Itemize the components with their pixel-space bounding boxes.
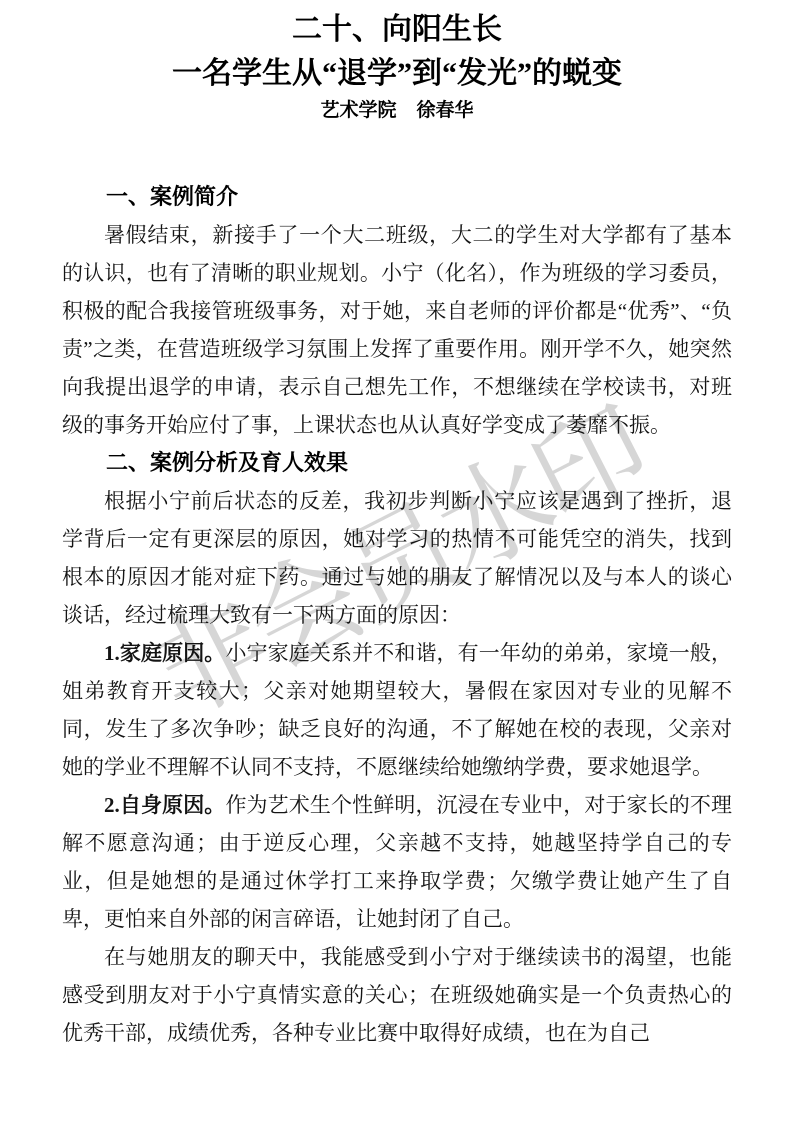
doc-title-line1: 二十、向阳生长	[62, 8, 732, 52]
section-2-closing-paragraph: 在与她朋友的聊天中，我能感受到小宁对于继续读书的渴望，也能感受到朋友对于小宁真情…	[62, 938, 732, 1052]
reason-2-label: 2.自身原因。	[104, 793, 225, 817]
byline-author: 徐春华	[417, 96, 474, 126]
reason-1-label: 1.家庭原因。	[104, 641, 225, 665]
section-analysis: 二、案例分析及育人效果 根据小宁前后状态的反差，我初步判断小宁应该是遇到了挫折，…	[62, 444, 732, 1052]
section-2-heading: 二、案例分析及育人效果	[62, 444, 732, 482]
reason-2-paragraph: 2.自身原因。作为艺术生个性鲜明，沉浸在专业中，对于家长的不理解不愿意沟通；由于…	[62, 786, 732, 938]
section-2-intro-paragraph: 根据小宁前后状态的反差，我初步判断小宁应该是遇到了挫折，退学背后一定有更深层的原…	[62, 482, 732, 634]
section-1-paragraph: 暑假结束，新接手了一个大二班级，大二的学生对大学都有了基本的认识，也有了清晰的职…	[62, 216, 732, 444]
reason-1-paragraph: 1.家庭原因。小宁家庭关系并不和谐，有一年幼的弟弟，家境一般，姐弟教育开支较大；…	[62, 634, 732, 786]
byline-department: 艺术学院	[320, 96, 396, 126]
doc-title-line2: 一名学生从“退学”到“发光”的蜕变	[62, 52, 732, 96]
document-page: 非会员水印 二十、向阳生长 一名学生从“退学”到“发光”的蜕变 艺术学院 徐春华…	[0, 0, 794, 1123]
section-1-heading: 一、案例简介	[62, 178, 732, 216]
byline: 艺术学院 徐春华	[62, 96, 732, 126]
section-case-intro: 一、案例简介 暑假结束，新接手了一个大二班级，大二的学生对大学都有了基本的认识，…	[62, 178, 732, 444]
page-content: 二十、向阳生长 一名学生从“退学”到“发光”的蜕变 艺术学院 徐春华 一、案例简…	[0, 0, 794, 1052]
